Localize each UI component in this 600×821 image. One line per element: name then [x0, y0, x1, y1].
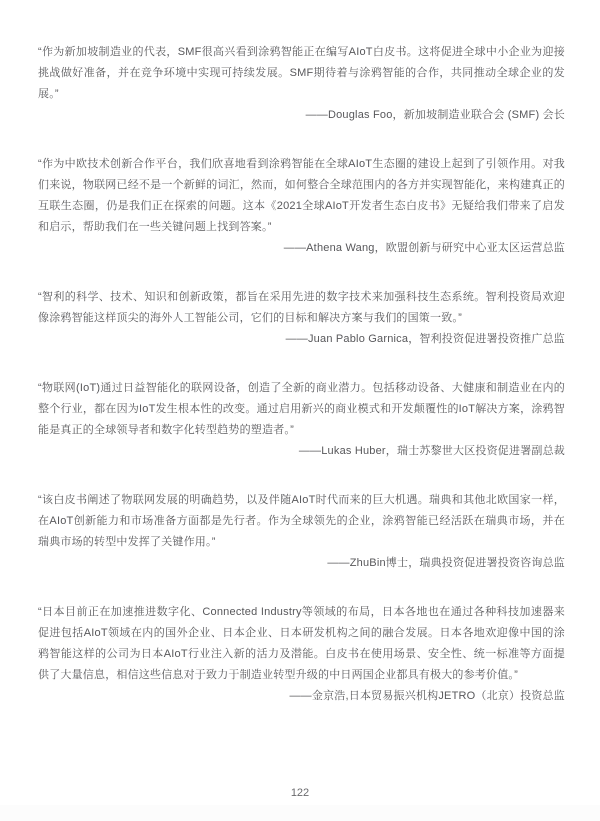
quote-text: “物联网(IoT)通过日益智能化的联网设备，创造了全新的商业潜力。包括移动设备、…	[38, 378, 565, 441]
quote-block: “作为新加坡制造业的代表，SMF很高兴看到涂鸦智能正在编写AIoT白皮书。这将促…	[38, 42, 565, 126]
quote-attribution: ——ZhuBin博士，瑞典投资促进署投资咨询总监	[38, 553, 565, 574]
document-page: “作为新加坡制造业的代表，SMF很高兴看到涂鸦智能正在编写AIoT白皮书。这将促…	[0, 0, 600, 821]
quote-block: “日本目前正在加速推进数字化、Connected Industry等领域的布局，…	[38, 602, 565, 707]
quote-attribution: ——Juan Pablo Garnica，智利投资促进署投资推广总监	[38, 329, 565, 350]
quotes-section: “作为新加坡制造业的代表，SMF很高兴看到涂鸦智能正在编写AIoT白皮书。这将促…	[0, 0, 600, 707]
quote-attribution: ——Lukas Huber，瑞士苏黎世大区投资促进署副总裁	[38, 441, 565, 462]
page-number: 122	[0, 786, 600, 800]
quote-block: “作为中欧技术创新合作平台，我们欣喜地看到涂鸦智能在全球AIoT生态圈的建设上起…	[38, 154, 565, 259]
quote-attribution: ——Douglas Foo，新加坡制造业联合会 (SMF) 会长	[38, 105, 565, 126]
quote-attribution: ——金京浩,日本贸易振兴机构JETRO（北京）投资总监	[38, 686, 565, 707]
quote-block: “智利的科学、技术、知识和创新政策，都旨在采用先进的数字技术来加强科技生态系统。…	[38, 287, 565, 350]
quote-block: “该白皮书阐述了物联网发展的明确趋势，以及伴随AIoT时代而来的巨大机遇。瑞典和…	[38, 490, 565, 574]
quote-text: “日本目前正在加速推进数字化、Connected Industry等领域的布局，…	[38, 602, 565, 686]
quote-text: “作为新加坡制造业的代表，SMF很高兴看到涂鸦智能正在编写AIoT白皮书。这将促…	[38, 42, 565, 105]
quote-block: “物联网(IoT)通过日益智能化的联网设备，创造了全新的商业潜力。包括移动设备、…	[38, 378, 565, 462]
quote-attribution: ——Athena Wang，欧盟创新与研究中心亚太区运营总监	[38, 238, 565, 259]
page-bottom-edge	[0, 805, 600, 821]
quote-text: “智利的科学、技术、知识和创新政策，都旨在采用先进的数字技术来加强科技生态系统。…	[38, 287, 565, 329]
quote-text: “作为中欧技术创新合作平台，我们欣喜地看到涂鸦智能在全球AIoT生态圈的建设上起…	[38, 154, 565, 238]
quote-text: “该白皮书阐述了物联网发展的明确趋势，以及伴随AIoT时代而来的巨大机遇。瑞典和…	[38, 490, 565, 553]
